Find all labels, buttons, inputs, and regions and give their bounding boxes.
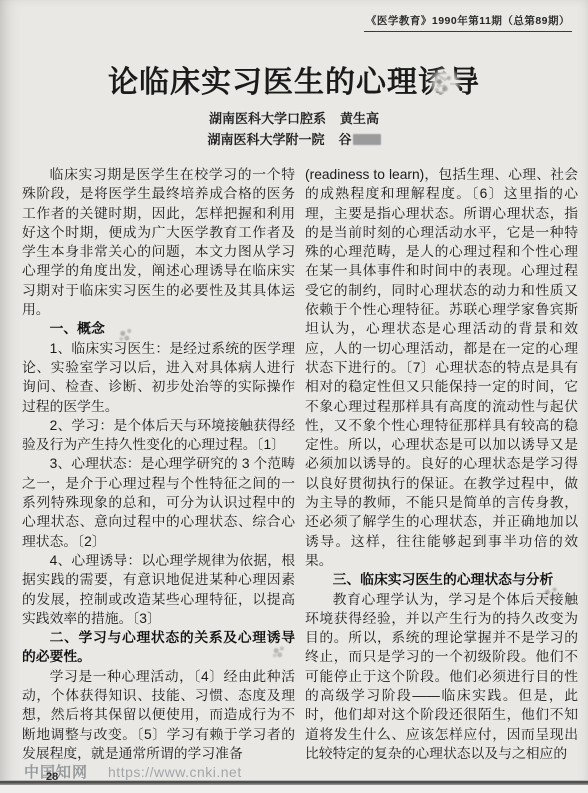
definition-item-4: 4、心理诱导：以心理学规律为依据，根据实践的需要，有意识地促进某种心理因素的发展… bbox=[22, 551, 295, 628]
definition-item-1: 1、临床实习医生：是经过系统的医学理论、实验室学习以后，进入对具体病人进行询问、… bbox=[22, 339, 295, 416]
author-affiliation: 湖南医科大学口腔系 bbox=[209, 111, 326, 126]
author-name: 谷 bbox=[339, 132, 352, 147]
continuation-paragraph: (readiness to learn)，包括生理、心理、社会的成熟程度和理解程… bbox=[305, 165, 578, 570]
left-column: 临床实习期是医学生在校学习的一个特殊阶段，是将医学生最终培养成合格的医务工作者的… bbox=[22, 165, 295, 764]
author-name: 黄生高 bbox=[340, 111, 379, 126]
author-affiliation: 湖南医科大学附一院 bbox=[207, 132, 324, 147]
right-column: (readiness to learn)，包括生理、心理、社会的成熟程度和理解程… bbox=[305, 165, 578, 764]
page-title: 论临床实习医生的心理诱导 bbox=[0, 57, 588, 101]
cnki-watermark-url: https://www.cnki.net bbox=[108, 764, 242, 780]
definition-item-2: 2、学习：是个体后天与环境接触获得经验及行为产生持久性变化的心理过程。〔1〕 bbox=[22, 416, 295, 455]
section-2-heading: 二、学习与心理状态的关系及心理诱导的必要性。 bbox=[22, 628, 295, 667]
document-page: 《医学教育》1990年第11期（总第89期） 论临床实习医生的心理诱导 湖南医科… bbox=[0, 0, 588, 793]
page-bottom-margin bbox=[0, 785, 588, 793]
section-1-heading: 一、概念 bbox=[22, 319, 295, 338]
redacted-name-box bbox=[353, 134, 381, 145]
journal-citation: 《医学教育》1990年第11期（总第89期） bbox=[364, 13, 572, 32]
author-line-2: 湖南医科大学附一院谷 bbox=[0, 129, 588, 150]
intro-paragraph: 临床实习期是医学生在校学习的一个特殊阶段，是将医学生最终培养成合格的医务工作者的… bbox=[22, 165, 295, 319]
section-3-paragraph: 教育心理学认为，学习是个体后天接触环境获得经验，并以产生行为的持久改变为目的。所… bbox=[305, 590, 578, 764]
author-block: 湖南医科大学口腔系黄生高 湖南医科大学附一院谷 bbox=[0, 108, 588, 150]
definition-item-3: 3、心理状态：是心理学研究的 3 个范畴之一，是介于心理过程与个性特征之间的一系… bbox=[22, 454, 295, 550]
author-line-1: 湖南医科大学口腔系黄生高 bbox=[0, 108, 588, 129]
section-2-paragraph: 学习是一种心理活动，〔4〕经由此种活动，个体获得知识、技能、习惯、态度及理想，然… bbox=[22, 667, 295, 763]
article-body: 临床实习期是医学生在校学习的一个特殊阶段，是将医学生最终培养成合格的医务工作者的… bbox=[22, 165, 578, 764]
section-3-heading: 三、临床实习医生的心理状态与分析 bbox=[305, 570, 578, 589]
